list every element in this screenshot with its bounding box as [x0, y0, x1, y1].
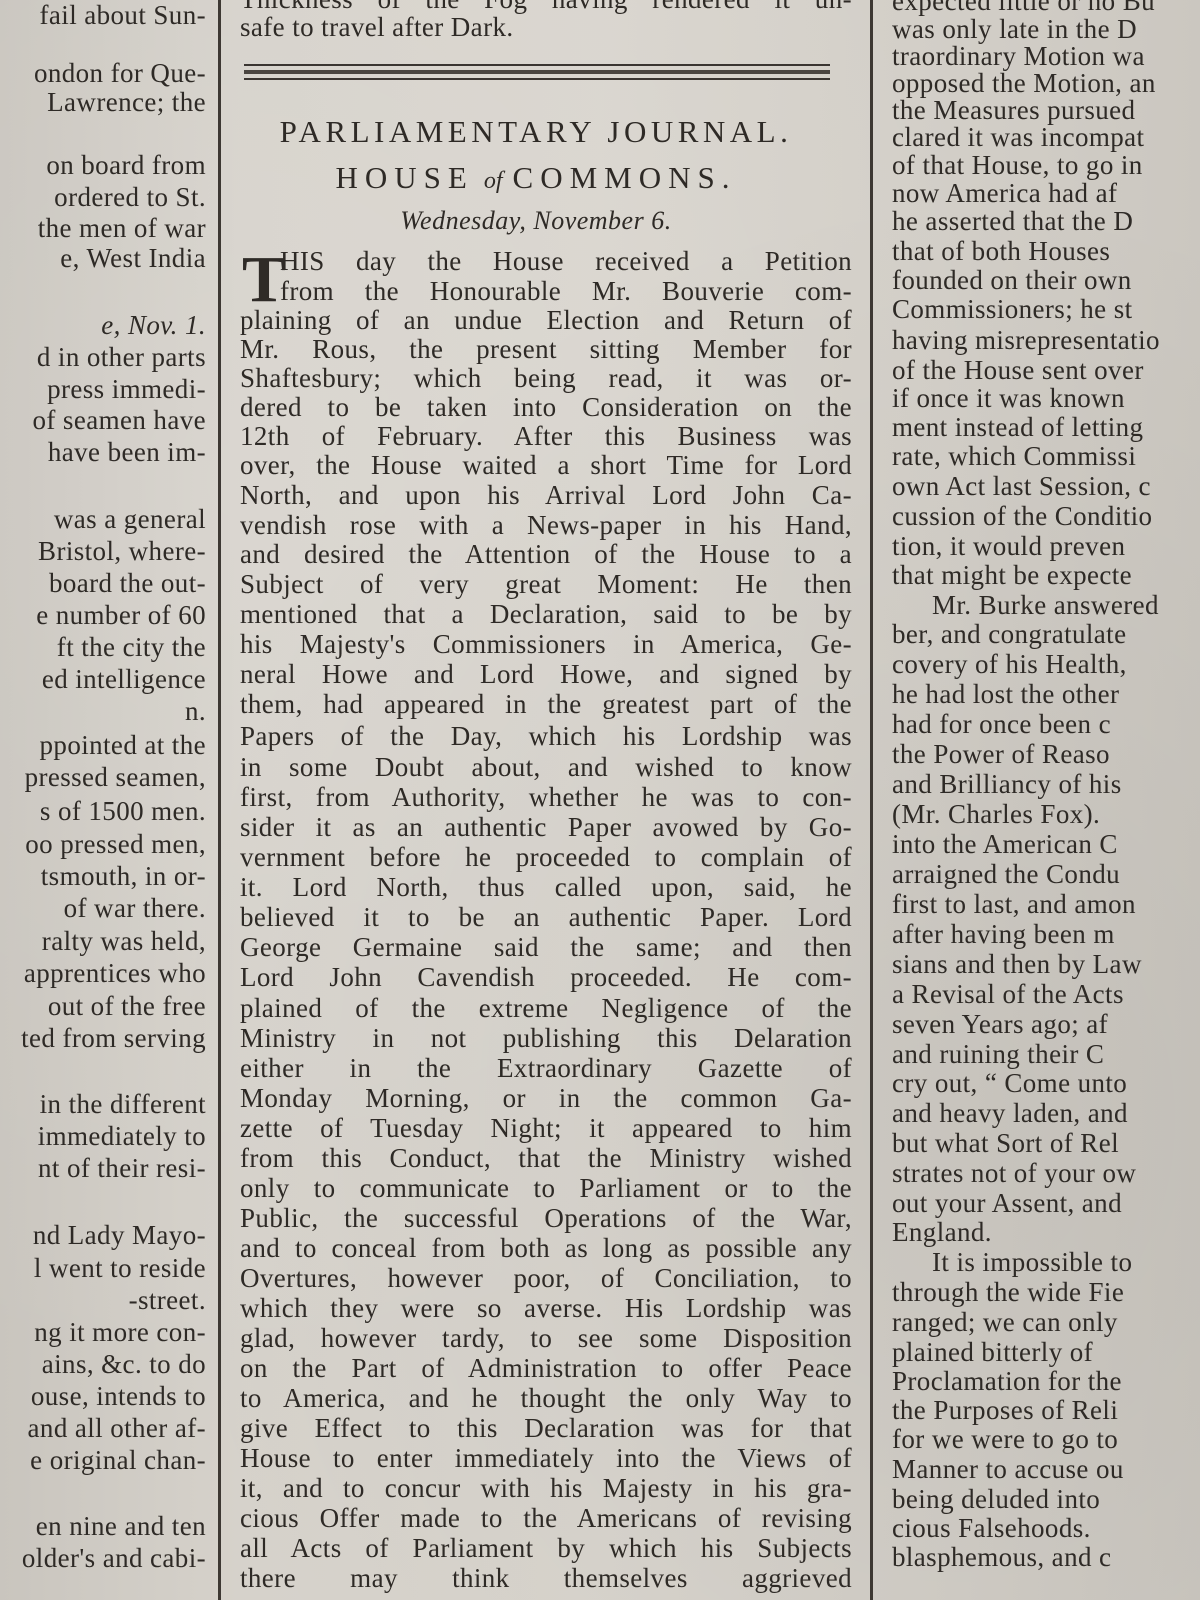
text-line: being deluded into — [892, 1484, 1100, 1514]
text-line: ment instead of letting — [892, 412, 1143, 442]
text-line: the Measures pursued — [892, 95, 1135, 125]
text-line: of that House, to go in — [892, 150, 1143, 180]
section-divider — [244, 64, 830, 80]
text-line: press immedi- — [47, 374, 206, 404]
text-line: first to last, and amon — [892, 889, 1136, 919]
text-line: and all other af- — [28, 1413, 206, 1443]
text-line: through the wide Fie — [892, 1277, 1124, 1307]
dateline: e, Nov. 1. — [101, 310, 206, 340]
text-line: over, the House waited a short Time for … — [240, 450, 852, 480]
text-line: of seamen have — [32, 405, 206, 435]
dateline: Wednesday, November 6. — [236, 206, 836, 236]
text-line: from the Honourable Mr. Bouverie com- — [240, 276, 852, 306]
text-line: Overtures, however poor, of Conciliation… — [240, 1263, 852, 1293]
text-line: n. — [185, 696, 206, 726]
text-line: cious Offer made to the Americans of rev… — [240, 1503, 852, 1533]
text-line: ouse, intends to — [31, 1381, 206, 1411]
text-line: plaining of an undue Election and Return… — [240, 305, 852, 335]
text-line: believed it to be an authentic Paper. Lo… — [240, 902, 852, 932]
text-line: of the House sent over — [892, 355, 1144, 385]
text-line: tsmouth, in or- — [41, 861, 206, 891]
text-line: Papers of the Day, which his Lordship wa… — [240, 721, 852, 751]
text-line: cry out, “ Come unto — [892, 1068, 1127, 1098]
text-line: -street. — [129, 1285, 206, 1315]
text-line: l went to reside — [34, 1253, 206, 1283]
text-line: vendish rose with a News-paper in his Ha… — [240, 510, 852, 540]
text-line: after having been m — [892, 919, 1115, 949]
text-line: plained of the extreme Negligence of the — [240, 993, 852, 1023]
text-line: ppointed at the — [40, 730, 206, 760]
text-line: glad, however tardy, to see some Disposi… — [240, 1323, 852, 1353]
text-line: immediately to — [38, 1121, 206, 1151]
text-line: that might be expecte — [892, 560, 1132, 590]
text-line: Mr. Rous, the present sitting Member for — [240, 334, 852, 364]
text-line: Manner to accuse ou — [892, 1454, 1124, 1484]
text-line: for we were to go to — [892, 1424, 1118, 1454]
text-line: out of the free — [48, 991, 206, 1021]
text-line: had for once been c — [892, 709, 1111, 739]
text-line: traordinary Motion wa — [892, 41, 1145, 71]
text-line: ralty was held, — [42, 926, 206, 956]
text-line: fail about Sun- — [40, 0, 206, 30]
text-line: ed intelligence — [42, 664, 206, 694]
text-line: North, and upon his Arrival Lord John Ca… — [240, 480, 852, 510]
text-line: Lawrence; the — [47, 87, 206, 117]
text-line: he asserted that the D — [892, 206, 1133, 236]
text-line: en nine and ten — [36, 1511, 206, 1541]
subheading-of: of — [484, 168, 503, 194]
text-line: Proclamation for the — [892, 1366, 1122, 1396]
subheading-word: COMMONS. — [513, 160, 737, 195]
text-line: nt of their resi- — [38, 1153, 206, 1183]
text-line: older's and cabi- — [22, 1543, 206, 1573]
text-line: all Acts of Parliament by which his Subj… — [240, 1533, 852, 1563]
text-line: it, and to concur with his Majesty in hi… — [240, 1473, 852, 1503]
text-line: ng it more con- — [34, 1317, 206, 1347]
text-line: his Majesty's Commissioners in America, … — [240, 629, 852, 659]
column-divider — [870, 0, 873, 1600]
text-line: dered to be taken into Consideration on … — [240, 392, 852, 422]
left-column: fail about Sun- ondon for Que- Lawrence;… — [0, 0, 214, 1600]
text-line: Public, the successful Operations of the… — [240, 1203, 852, 1233]
text-line: safe to travel after Dark. — [240, 12, 852, 42]
subheading-word: HOUSE — [336, 160, 474, 195]
text-line: ranged; we can only — [892, 1307, 1118, 1337]
text-line: if once it was known — [892, 383, 1125, 413]
text-line: Subject of very great Moment: He then — [240, 569, 852, 599]
text-line: strates not of your ow — [892, 1158, 1136, 1188]
text-line: zette of Tuesday Night; it appeared to h… — [240, 1113, 852, 1143]
text-line: Ministry in not publishing this Delarati… — [240, 1023, 852, 1053]
text-line: apprentices who — [24, 958, 206, 988]
text-line: Shaftesbury; which being read, it was or… — [240, 363, 852, 393]
text-line: ondon for Que- — [34, 58, 206, 88]
text-line: have been im- — [48, 437, 206, 467]
text-line: d in other parts — [37, 342, 206, 372]
text-line: pressed seamen, — [25, 762, 206, 792]
text-line: from this Conduct, that the Ministry wis… — [240, 1143, 852, 1173]
text-line: covery of his Health, — [892, 649, 1127, 679]
text-line: rate, which Commissi — [892, 441, 1136, 471]
text-line: neral Howe and Lord Howe, and signed by — [240, 659, 852, 689]
text-line: blasphemous, and c — [892, 1542, 1111, 1572]
text-line: there may think themselves aggrieved — [240, 1563, 852, 1593]
text-line: (Mr. Charles Fox). — [892, 799, 1100, 829]
text-line: Bristol, where- — [38, 536, 206, 566]
column-divider — [218, 0, 221, 1600]
text-line: but what Sort of Rel — [892, 1128, 1119, 1158]
text-line: tion, it would preven — [892, 531, 1125, 561]
text-line: and Brilliancy of his — [892, 769, 1122, 799]
right-column: expected little or no Bu was only late i… — [884, 0, 1200, 1600]
text-line: that of both Houses — [892, 236, 1110, 266]
text-line: oo pressed men, — [25, 829, 206, 859]
text-line: in some Doubt about, and wished to know — [240, 752, 852, 782]
text-line: mentioned that a Declaration, said to be… — [240, 599, 852, 629]
text-line: plained bitterly of — [892, 1337, 1093, 1367]
text-line: Commissioners; he st — [892, 294, 1133, 324]
text-line: it. Lord North, thus called upon, said, … — [240, 872, 852, 902]
text-line: clared it was incompat — [892, 122, 1144, 152]
text-line: Monday Morning, or in the common Ga- — [240, 1083, 852, 1113]
section-subheading: HOUSEofCOMMONS. — [236, 160, 836, 196]
text-line: 12th of February. After this Business wa… — [240, 421, 852, 451]
section-heading: PARLIAMENTARY JOURNAL. — [236, 114, 836, 150]
text-line: which they were so averse. His Lordship … — [240, 1293, 852, 1323]
text-line: and desired the Attention of the House t… — [240, 539, 852, 569]
text-line: ains, &c. to do — [42, 1349, 206, 1379]
newspaper-page: fail about Sun- ondon for Que- Lawrence;… — [0, 0, 1200, 1600]
text-line: cious Falsehoods. — [892, 1513, 1091, 1543]
text-line: into the American C — [892, 829, 1118, 859]
text-line: out your Assent, and — [892, 1188, 1122, 1218]
text-line: e, West India — [60, 243, 206, 273]
text-line: them, had appeared in the greatest part … — [240, 689, 852, 719]
text-line: in the different — [40, 1089, 206, 1119]
text-line: was a general — [54, 504, 206, 534]
text-line: opposed the Motion, an — [892, 68, 1156, 98]
text-line: e number of 60 — [36, 600, 206, 630]
text-line: sians and then by Law — [892, 949, 1142, 979]
text-line: s of 1500 men. — [40, 796, 206, 826]
text-line: ordered to St. — [54, 182, 206, 212]
text-line: give Effect to this Declaration was for … — [240, 1413, 852, 1443]
text-line: ted from serving — [21, 1023, 206, 1053]
text-line: the Purposes of Reli — [892, 1395, 1118, 1425]
text-line: and ruining their C — [892, 1039, 1104, 1069]
text-line: having misrepresentatio — [892, 325, 1160, 355]
text-line: Mr. Burke answered — [892, 590, 1159, 620]
text-line: own Act last Session, c — [892, 471, 1151, 501]
text-line: a Revisal of the Acts — [892, 979, 1124, 1009]
text-line: Lord John Cavendish proceeded. He com- — [240, 962, 852, 992]
text-line: e original chan- — [30, 1445, 206, 1475]
text-line: only to communicate to Parliament or to … — [240, 1173, 852, 1203]
text-line: on the Part of Administration to offer P… — [240, 1353, 852, 1383]
text-line: and to conceal from both as long as poss… — [240, 1233, 852, 1263]
text-line: vernment before he proceeded to complain… — [240, 842, 852, 872]
text-line: It is impossible to — [892, 1247, 1132, 1277]
text-line: cussion of the Conditio — [892, 501, 1152, 531]
text-line: now America had af — [892, 178, 1117, 208]
text-line: either in the Extraordinary Gazette of — [240, 1053, 852, 1083]
text-line: on board from — [46, 150, 206, 180]
text-line: and heavy laden, and — [892, 1098, 1128, 1128]
text-line: of war there. — [64, 893, 206, 923]
text-line: England. — [892, 1217, 992, 1247]
text-line: was only late in the D — [892, 14, 1137, 44]
text-line: to America, and he thought the only Way … — [240, 1383, 852, 1413]
text-line: the men of war — [38, 213, 206, 243]
text-line: George Germaine said the same; and then — [240, 932, 852, 962]
text-line: seven Years ago; af — [892, 1009, 1108, 1039]
text-line: HIS day the House received a Petition — [240, 246, 852, 276]
middle-column: Thickness of the Fog having rendered it … — [236, 0, 866, 1600]
text-line: ft the city the — [57, 632, 206, 662]
text-line: the Power of Reaso — [892, 739, 1110, 769]
text-line: nd Lady Mayo- — [33, 1220, 206, 1250]
text-line: House to enter immediately into the View… — [240, 1443, 852, 1473]
text-line: ber, and congratulate — [892, 619, 1126, 649]
text-line: arraigned the Condu — [892, 859, 1120, 889]
text-line: first, from Authority, whether he was to… — [240, 782, 852, 812]
text-line: sider it as an authentic Paper avowed by… — [240, 812, 852, 842]
text-line: he had lost the other — [892, 679, 1119, 709]
text-line: board the out- — [49, 568, 206, 598]
text-line: founded on their own — [892, 265, 1132, 295]
